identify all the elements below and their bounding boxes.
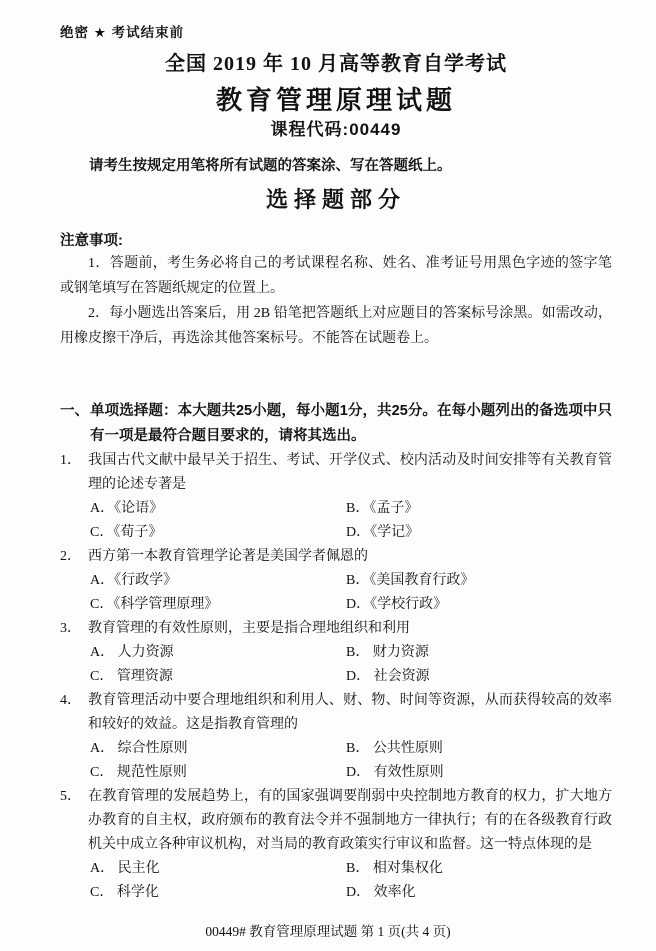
question-text: 西方第一本教育管理学论著是美国学者佩恩的 <box>88 549 368 564</box>
option-d: D．《学校行政》 <box>346 593 612 617</box>
question-text: 在教育管理的发展趋势上，有的国家强调要削弱中央控制地方教育的权力，扩大地方办教育… <box>88 789 612 852</box>
question-number: 4． <box>60 689 88 713</box>
answer-sheet-instruction: 请考生按规定用笔将所有试题的答案涂、写在答题纸上。 <box>60 156 612 176</box>
exam-paper-page: 绝密 ★ 考试结束前 全国 2019 年 10 月高等教育自学考试 教育管理原理… <box>0 0 656 951</box>
question-text: 教育管理活动中要合理地组织和利用人、财、物、时间等资源，从而获得较高的效率和较好… <box>88 693 612 732</box>
option-a: A． 民主化 <box>90 857 346 881</box>
option-c: C．《荀子》 <box>90 521 346 545</box>
option-b: B． 相对集权化 <box>346 857 612 881</box>
options: A．《论语》 B．《孟子》 C．《荀子》 D．《学记》 <box>60 497 612 545</box>
option-a: A．《论语》 <box>90 497 346 521</box>
question-5: 5．在教育管理的发展趋势上，有的国家强调要削弱中央控制地方教育的权力，扩大地方办… <box>60 785 612 905</box>
page-footer: 00449# 教育管理原理试题 第 1 页(共 4 页) <box>0 922 656 942</box>
option-d: D． 社会资源 <box>346 665 612 689</box>
option-b: B．《孟子》 <box>346 497 612 521</box>
option-a: A． 人力资源 <box>90 641 346 665</box>
question-text: 我国古代文献中最早关于招生、考试、开学仪式、校内活动及时间安排等有关教育管理的论… <box>88 453 612 492</box>
option-a: A． 综合性原则 <box>90 737 346 761</box>
note-item-1: 1．答题前，考生务必将自己的考试课程名称、姓名、准考证号用黑色字迹的签字笔或钢笔… <box>60 251 612 301</box>
question-number: 2． <box>60 545 88 569</box>
question-text: 教育管理的有效性原则，主要是指合理地组织和利用 <box>88 621 410 636</box>
question-list: 1．我国古代文献中最早关于招生、考试、开学仪式、校内活动及时间安排等有关教育管理… <box>60 449 612 905</box>
question-2: 2．西方第一本教育管理学论著是美国学者佩恩的 A．《行政学》 B．《美国教育行政… <box>60 545 612 617</box>
exam-title: 全国 2019 年 10 月高等教育自学考试 <box>60 50 612 78</box>
option-b: B． 财力资源 <box>346 641 612 665</box>
section-number: 一、 <box>60 399 90 424</box>
question-4: 4．教育管理活动中要合理地组织和利用人、财、物、时间等资源，从而获得较高的效率和… <box>60 689 612 785</box>
options: A． 综合性原则 B． 公共性原则 C． 规范性原则 D． 有效性原则 <box>60 737 612 785</box>
option-c: C． 管理资源 <box>90 665 346 689</box>
option-c: C． 规范性原则 <box>90 761 346 785</box>
option-d: D． 效率化 <box>346 881 612 905</box>
option-d: D．《学记》 <box>346 521 612 545</box>
options: A． 民主化 B． 相对集权化 C． 科学化 D． 效率化 <box>60 857 612 905</box>
paper-title: 教育管理原理试题 <box>60 83 612 117</box>
option-c: C． 科学化 <box>90 881 346 905</box>
question-3: 3．教育管理的有效性原则，主要是指合理地组织和利用 A． 人力资源 B． 财力资… <box>60 617 612 689</box>
classification-banner: 绝密 ★ 考试结束前 <box>60 24 612 42</box>
option-b: B．《美国教育行政》 <box>346 569 612 593</box>
option-c: C．《科学管理原理》 <box>90 593 346 617</box>
option-b: B． 公共性原则 <box>346 737 612 761</box>
section-heading: 一、单项选择题：本大题共25小题，每小题1分，共25分。在每小题列出的备选项中只… <box>60 399 612 449</box>
section-heading-text: 单项选择题：本大题共25小题，每小题1分，共25分。在每小题列出的备选项中只有一… <box>90 403 612 444</box>
question-1: 1．我国古代文献中最早关于招生、考试、开学仪式、校内活动及时间安排等有关教育管理… <box>60 449 612 545</box>
option-d: D． 有效性原则 <box>346 761 612 785</box>
course-code: 课程代码:00449 <box>60 119 612 141</box>
note-item-2: 2．每小题选出答案后，用 2B 铅笔把答题纸上对应题目的答案标号涂黑。如需改动，… <box>60 301 612 351</box>
question-number: 1． <box>60 449 88 473</box>
part-heading: 选择题部分 <box>60 185 612 215</box>
question-number: 3． <box>60 617 88 641</box>
question-number: 5． <box>60 785 88 809</box>
options: A．《行政学》 B．《美国教育行政》 C．《科学管理原理》 D．《学校行政》 <box>60 569 612 617</box>
options: A． 人力资源 B． 财力资源 C． 管理资源 D． 社会资源 <box>60 641 612 689</box>
option-a: A．《行政学》 <box>90 569 346 593</box>
notes-heading: 注意事项: <box>60 231 612 251</box>
